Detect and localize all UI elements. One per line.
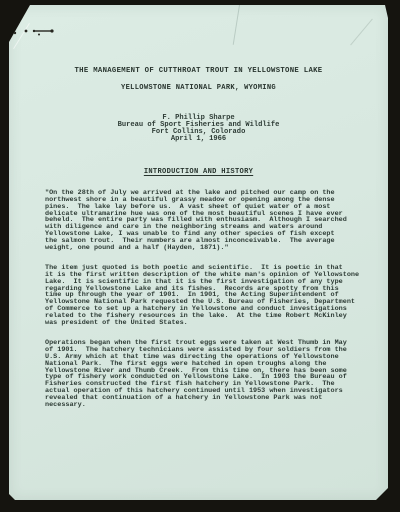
paragraph-history: The item just quoted is both poetic and … <box>45 265 367 327</box>
paragraph-operations: Operations began when the first trout eg… <box>45 340 367 408</box>
paragraph-quote: "On the 28th of July we arrived at the l… <box>45 190 367 252</box>
document-date: April 1, 1966 <box>171 135 226 143</box>
paper-crease <box>350 19 373 46</box>
author-block: F. Phillip Sharpe Bureau of Sport Fisher… <box>9 115 388 143</box>
section-heading: INTRODUCTION AND HISTORY <box>9 168 388 176</box>
document-subtitle: YELLOWSTONE NATIONAL PARK, WYOMING <box>9 84 388 92</box>
document-page: THE MANAGEMENT OF CUTTHROAT TROUT IN YEL… <box>9 5 388 500</box>
document-title: THE MANAGEMENT OF CUTTHROAT TROUT IN YEL… <box>9 67 388 75</box>
body-text-column: "On the 28th of July we arrived at the l… <box>45 190 367 422</box>
pen-mark-icon <box>12 25 56 37</box>
paper-crease <box>233 3 241 45</box>
